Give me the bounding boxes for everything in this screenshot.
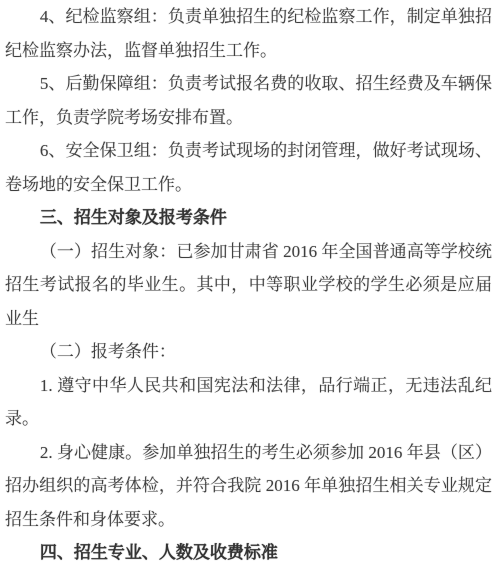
paragraph-line: （一）招生对象：已参加甘肃省 2016 年全国普通高等学校统一 xyxy=(5,235,492,269)
paragraph-line: 2. 身心健康。参加单独招生的考生必须参加 2016 年县（区） xyxy=(5,436,492,470)
paragraph-line: 1. 遵守中华人民共和国宪法和法律，品行端正，无违法乱纪记 xyxy=(5,369,492,403)
paragraph-line: 6、安全保卫组：负责考试现场的封闭管理，做好考试现场、阅 xyxy=(5,134,492,168)
paragraph-line: 5、后勤保障组：负责考试报名费的收取、招生经费及车辆保障 xyxy=(5,67,492,101)
paragraph-line: 招生条件和身体要求。 xyxy=(5,503,492,537)
paragraph-line: 招办组织的高考体检，并符合我院 2016 年单独招生相关专业规定的 xyxy=(5,469,492,503)
section-heading-four: 四、招生专业、人数及收费标准 xyxy=(5,536,492,569)
paragraph-line: 录。 xyxy=(5,402,492,436)
paragraph-line: 招生考试报名的毕业生。其中，中等职业学校的学生必须是应届毕 xyxy=(5,268,492,302)
paragraph-line: （二）报考条件： xyxy=(5,335,492,369)
paragraph-line: 卷场地的安全保卫工作。 xyxy=(5,168,492,202)
document-page: 4、纪检监察组：负责单独招生的纪检监察工作，制定单独招生 纪检监察办法，监督单独… xyxy=(0,0,500,569)
paragraph-line: 4、纪检监察组：负责单独招生的纪检监察工作，制定单独招生 xyxy=(5,0,492,34)
paragraph-line: 纪检监察办法，监督单独招生工作。 xyxy=(5,34,492,68)
paragraph-line: 工作，负责学院考场安排布置。 xyxy=(5,101,492,135)
section-heading-three: 三、招生对象及报考条件 xyxy=(5,201,492,235)
paragraph-line: 业生 xyxy=(5,302,492,336)
